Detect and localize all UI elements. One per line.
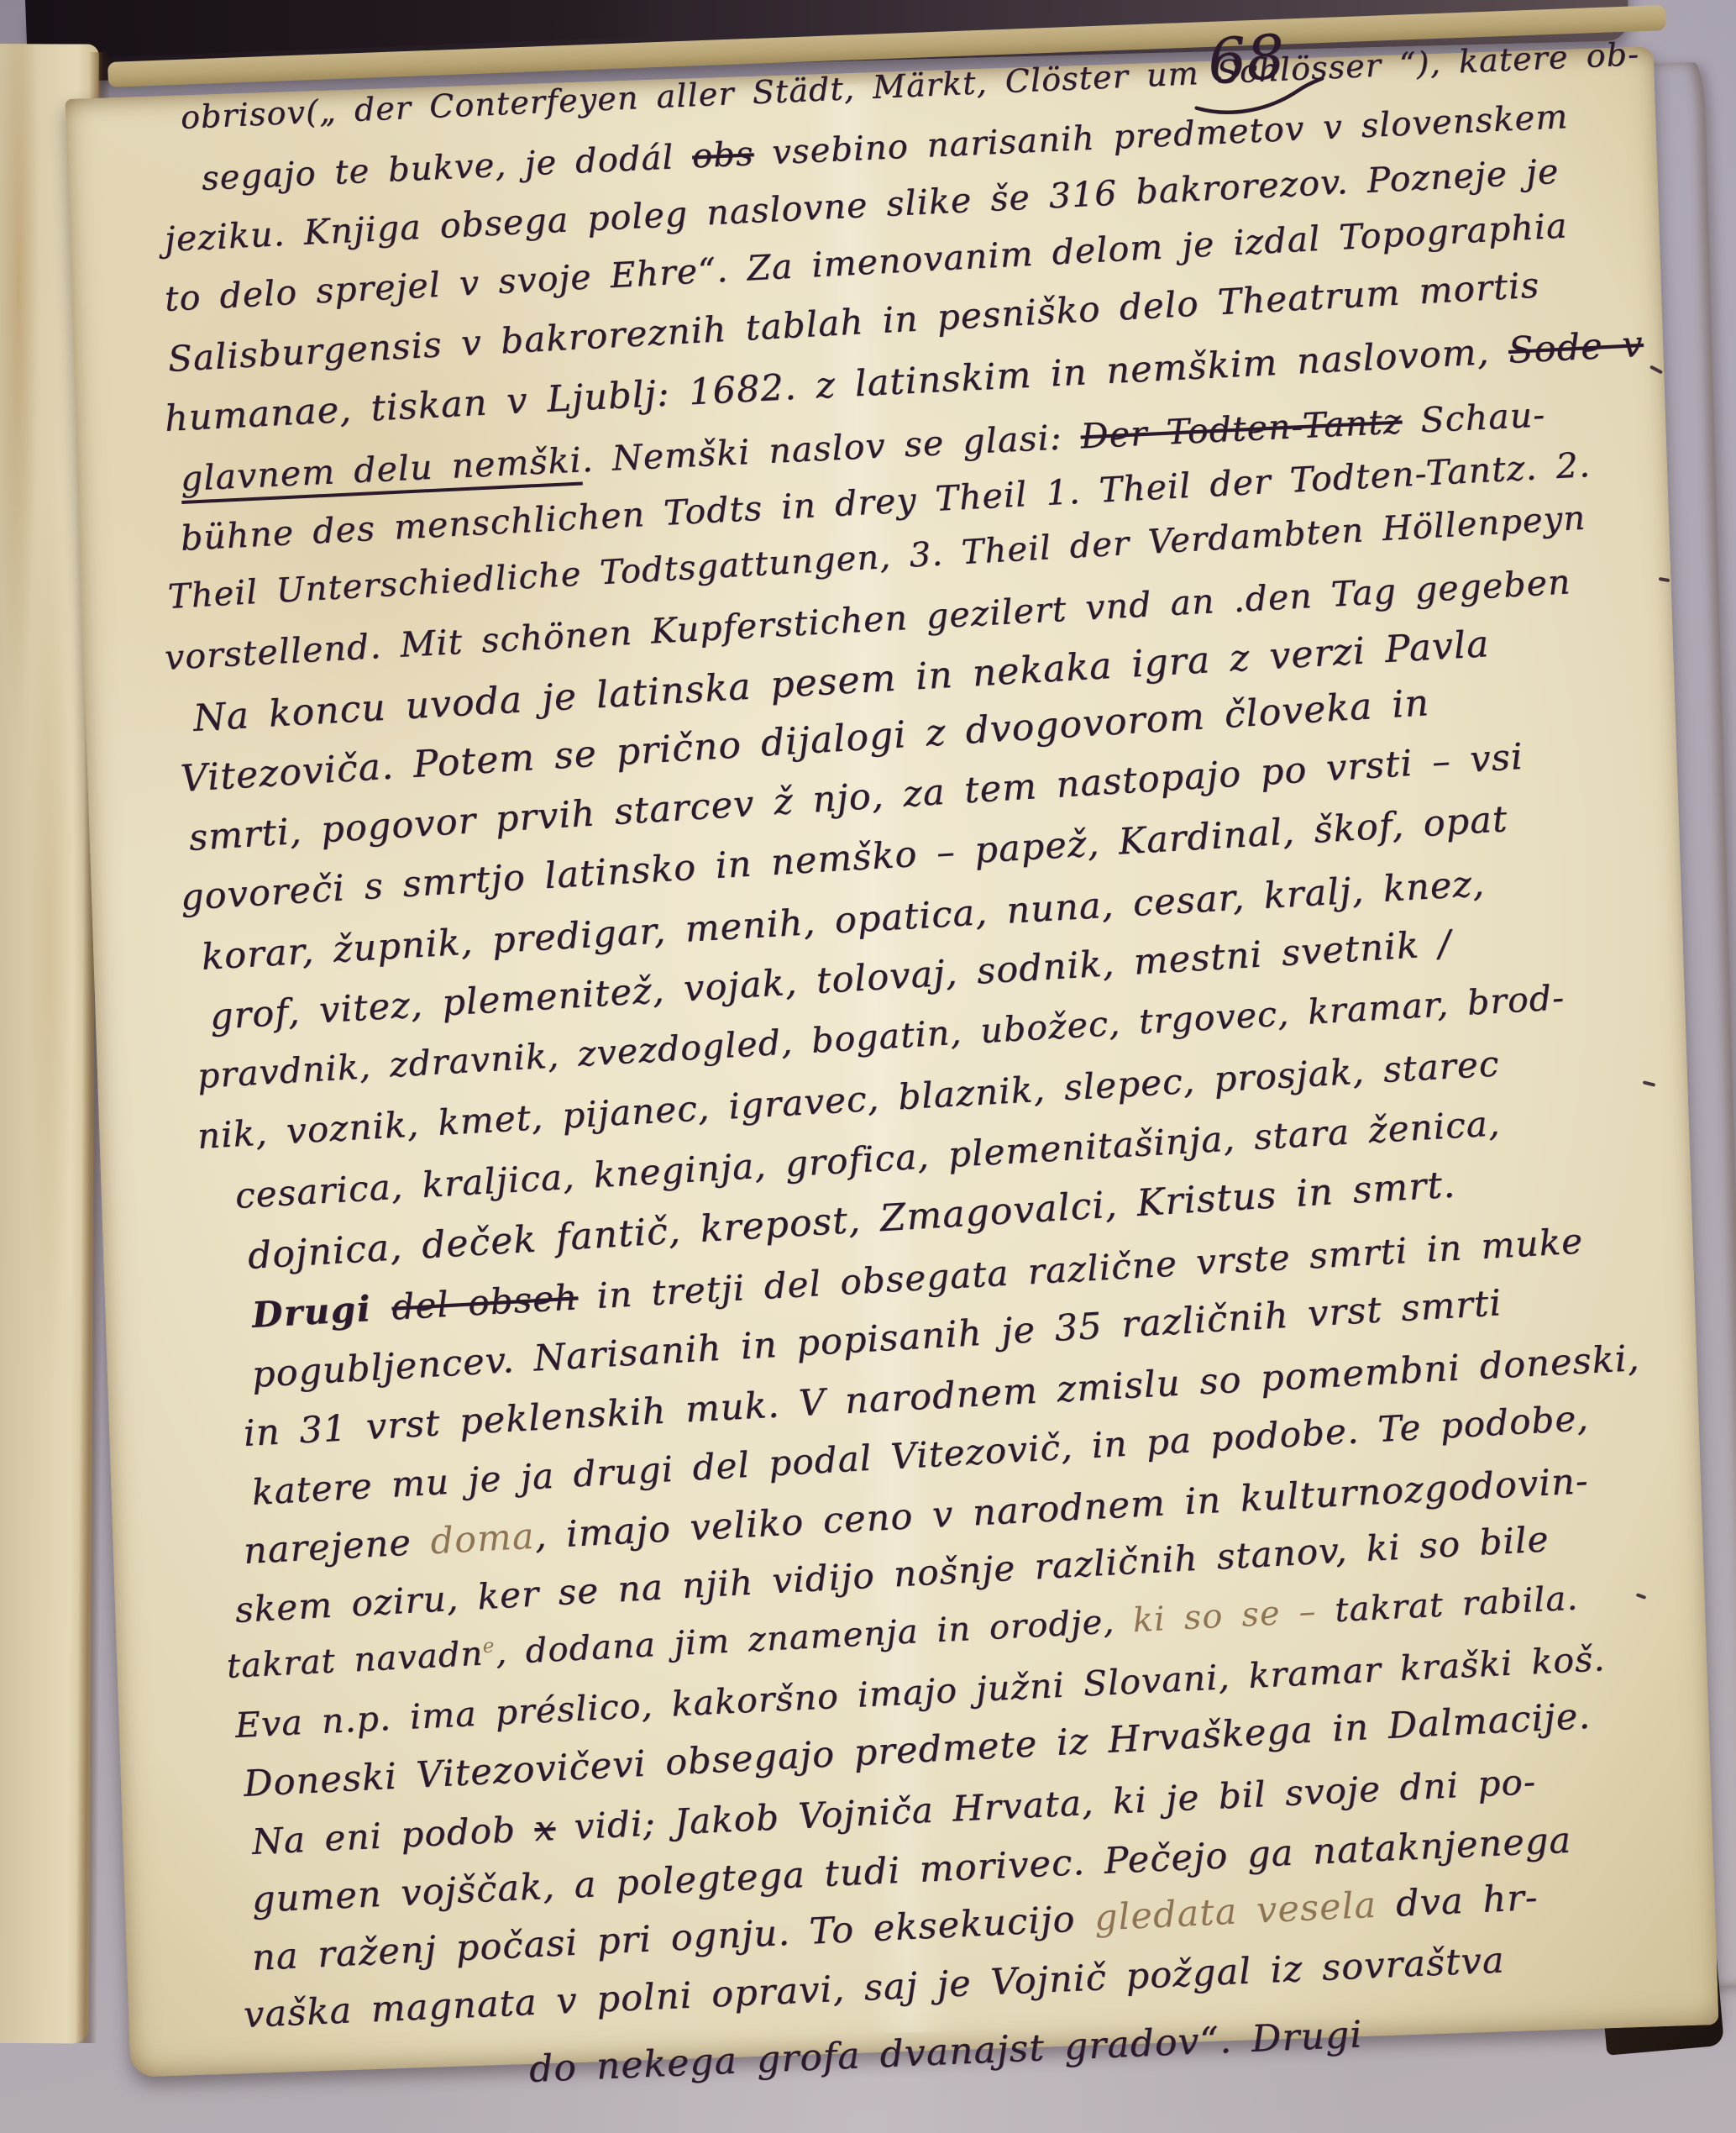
handwritten-text: dva hr-: [1376, 1877, 1539, 1926]
struck-text: Der Todten-Tantz: [1079, 401, 1403, 456]
struck-text: del obseh: [391, 1276, 579, 1327]
struck-text: obs: [691, 134, 755, 176]
handwritten-text: . Nemški naslov se glasi:: [580, 416, 1081, 480]
handwritten-text: takrat rabila.: [1315, 1579, 1579, 1631]
handwritten-text: do nekega grofa dvanajst gradov“. Drugi: [528, 2013, 1363, 2091]
handwritten-text: doma: [429, 1516, 536, 1563]
handwritten-text: narejene: [243, 1521, 432, 1573]
handwritten-text: gledata vesela: [1094, 1884, 1377, 1940]
handwritten-text: ki so se –: [1132, 1592, 1318, 1640]
underlined-text: glavnem delu nemški: [180, 440, 583, 504]
handwritten-text: segajo te bukve, je dodál: [201, 138, 693, 198]
handwritten-text: Drugi: [251, 1287, 393, 1336]
manuscript-text: obrisov(„ der Conterfeyen aller Städt, M…: [0, 0, 1736, 2133]
photo-background: 68 obrisov(„ der Conterfeyen aller Städt…: [0, 0, 1736, 2133]
handwritten-text: , dodana jim znamenja in orodje,: [495, 1601, 1134, 1672]
handwritten-text: Na eni podob: [251, 1808, 536, 1862]
handwritten-text: Schau-: [1401, 394, 1546, 441]
struck-text: x: [533, 1807, 556, 1849]
manuscript-line-34: do nekega grofa dvanajst gradov“. Drugi: [528, 2013, 1363, 2091]
handwritten-text: takrat navadn: [226, 1635, 485, 1686]
struck-text: Sode v: [1508, 323, 1644, 372]
